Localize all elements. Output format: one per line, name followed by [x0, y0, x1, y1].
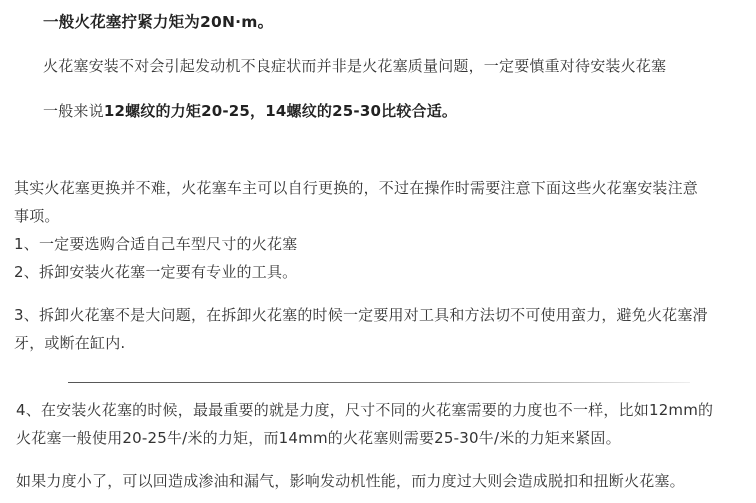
horizontal-divider	[68, 382, 690, 383]
torque-warning: 如果力度小了，可以回造成渗油和漏气，影响发动机性能，而力度过大则会造成脱扣和扭断…	[16, 471, 685, 491]
torque-heading: 一般火花塞拧紧力矩为20N·m。	[43, 12, 273, 32]
list-item-3-line-1: 3、拆卸火花塞不是大问题，在拆卸火花塞的时候一定要用对工具和方法切不可使用蛮力，…	[14, 305, 708, 325]
installation-note: 火花塞安装不对会引起发动机不良症状而并非是火花塞质量问题，一定要慎重对待安装火花…	[43, 56, 666, 76]
list-item-4-line-2: 火花塞一般使用20-25牛/米的力矩，而14mm的火花塞则需要25-30牛/米的…	[16, 428, 621, 448]
torque-spec-prefix: 一般来说	[43, 102, 104, 120]
intro-paragraph-line-2: 事项。	[14, 206, 60, 226]
list-item-4-line-1: 4、在安装火花塞的时候，最最重要的就是力度，尺寸不同的火花塞需要的力度也不一样，…	[16, 400, 713, 420]
list-item-1: 1、一定要选购合适自己车型尺寸的火花塞	[14, 234, 297, 254]
list-item-2: 2、拆卸安装火花塞一定要有专业的工具。	[14, 262, 297, 282]
torque-spec-line: 一般来说12螺纹的力矩20-25，14螺纹的25-30比较合适。	[43, 101, 457, 121]
list-item-3-line-2: 牙，或断在缸内.	[14, 333, 125, 353]
torque-spec-values: 12螺纹的力矩20-25，14螺纹的25-30比较合适。	[104, 102, 457, 120]
intro-paragraph-line-1: 其实火花塞更换并不难，火花塞车主可以自行更换的，不过在操作时需要注意下面这些火花…	[14, 178, 698, 198]
